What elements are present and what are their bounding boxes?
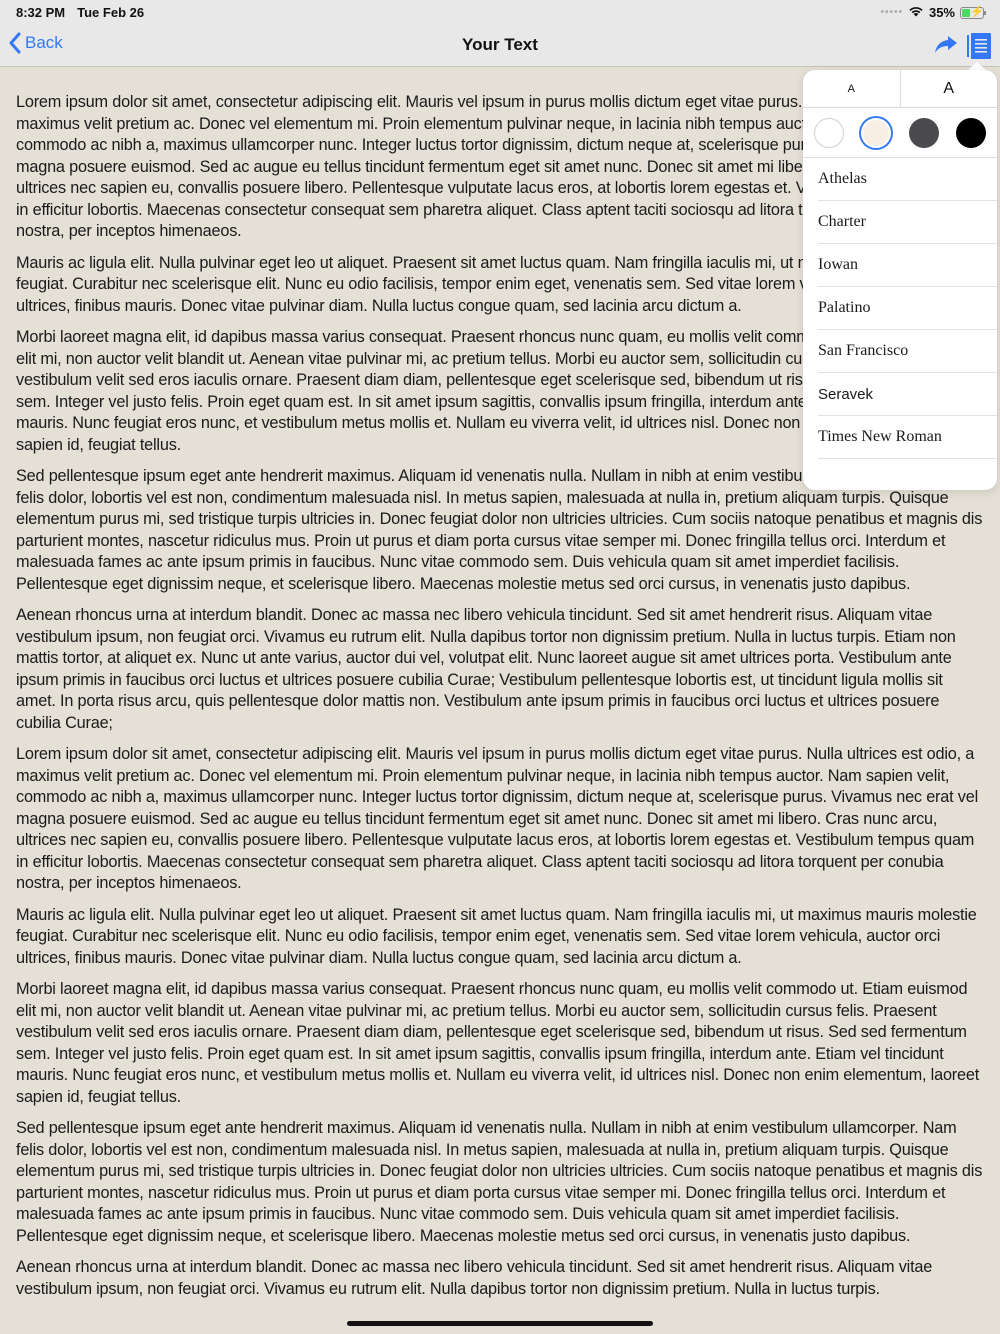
font-option-charter[interactable]: Charter <box>818 201 997 244</box>
battery-charging-icon: ⚡ <box>960 7 984 19</box>
paragraph: Aenean rhoncus urna at interdum blandit.… <box>16 1257 986 1300</box>
theme-white-swatch[interactable] <box>814 118 844 148</box>
signal-dots-icon: ••••• <box>880 7 903 18</box>
font-option-iowan[interactable]: Iowan <box>818 244 997 287</box>
status-time: 8:32 PM <box>16 5 65 20</box>
reader-settings-button[interactable] <box>966 32 992 65</box>
theme-gray-swatch[interactable] <box>909 118 939 148</box>
decrease-font-size-button[interactable]: A <box>803 70 901 107</box>
font-option-san-francisco[interactable]: San Francisco <box>818 330 997 373</box>
font-size-controls: A A <box>803 70 997 108</box>
reader-settings-popover: A A Athelas Charter Iowan Palatino San F… <box>803 70 997 490</box>
status-date: Tue Feb 26 <box>77 5 144 20</box>
font-option-palatino[interactable]: Palatino <box>818 287 997 330</box>
wifi-icon <box>908 5 924 20</box>
navigation-bar: Back Your Text <box>0 24 1000 67</box>
theme-sepia-swatch[interactable] <box>861 118 891 148</box>
page-title: Your Text <box>0 35 1000 55</box>
home-indicator[interactable] <box>347 1321 653 1326</box>
increase-font-size-button[interactable]: A <box>901 70 998 107</box>
font-option-times-new-roman[interactable]: Times New Roman <box>818 416 997 459</box>
paragraph: Morbi laoreet magna elit, id dapibus mas… <box>16 979 986 1108</box>
font-option-athelas[interactable]: Athelas <box>818 158 997 201</box>
paragraph: Aenean rhoncus urna at interdum blandit.… <box>16 605 986 734</box>
theme-selector <box>803 108 997 158</box>
font-list: Athelas Charter Iowan Palatino San Franc… <box>803 158 997 459</box>
share-icon <box>934 34 958 54</box>
status-bar: 8:32 PM Tue Feb 26 ••••• 35% ⚡ <box>0 0 1000 24</box>
font-option-seravek[interactable]: Seravek <box>818 373 997 416</box>
battery-percent: 35% <box>929 5 955 20</box>
paragraph: Sed pellentesque ipsum eget ante hendrer… <box>16 1118 986 1247</box>
paragraph: Lorem ipsum dolor sit amet, consectetur … <box>16 744 986 895</box>
share-button[interactable] <box>934 34 958 59</box>
reader-settings-icon <box>966 32 992 60</box>
paragraph: Mauris ac ligula elit. Nulla pulvinar eg… <box>16 905 986 970</box>
theme-night-swatch[interactable] <box>956 118 986 148</box>
